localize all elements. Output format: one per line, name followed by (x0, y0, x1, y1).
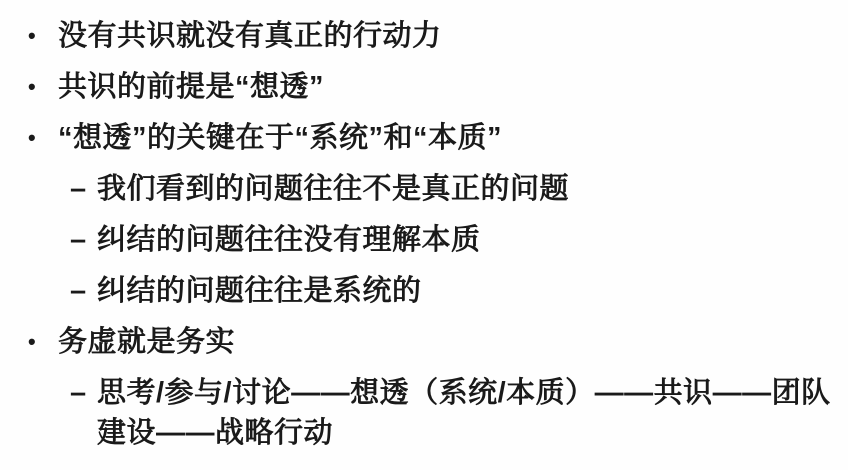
bullet-text: 没有共识就没有真正的行动力 (58, 16, 834, 56)
bullet-dot-icon: • (28, 322, 58, 362)
dash-marker-icon: – (70, 169, 97, 209)
bullet-text: 务虚就是务实 (58, 322, 834, 362)
bullet-text: “想透”的关键在于“系统”和“本质” (58, 118, 834, 158)
sub-bullet-item: – 思考/参与/讨论——想透（系统/本质）——共识——团队建设——战略行动 (70, 373, 834, 453)
bullet-dot-icon: • (28, 67, 58, 107)
sub-bullet-text: 思考/参与/讨论——想透（系统/本质）——共识——团队建设——战略行动 (97, 373, 834, 453)
sub-bullet-item: – 纠结的问题往往是系统的 (70, 271, 834, 311)
sub-bullet-item: – 我们看到的问题往往不是真正的问题 (70, 169, 834, 209)
sub-bullet-text: 我们看到的问题往往不是真正的问题 (97, 169, 834, 209)
sub-bullet-item: – 纠结的问题往往没有理解本质 (70, 220, 834, 260)
slide-canvas: • 没有共识就没有真正的行动力 • 共识的前提是“想透” • “想透”的关键在于… (0, 0, 848, 470)
dash-marker-icon: – (70, 220, 97, 260)
sub-bullet-text: 纠结的问题往往是系统的 (97, 271, 834, 311)
bullet-dot-icon: • (28, 118, 58, 158)
bullet-item: • 务虚就是务实 (28, 322, 834, 362)
bullet-text: 共识的前提是“想透” (58, 67, 834, 107)
sub-bullet-text: 纠结的问题往往没有理解本质 (97, 220, 834, 260)
dash-marker-icon: – (70, 271, 97, 311)
bullet-item: • “想透”的关键在于“系统”和“本质” (28, 118, 834, 158)
bullet-item: • 没有共识就没有真正的行动力 (28, 16, 834, 56)
bullet-dot-icon: • (28, 16, 58, 56)
dash-marker-icon: – (70, 373, 97, 413)
bullet-item: • 共识的前提是“想透” (28, 67, 834, 107)
